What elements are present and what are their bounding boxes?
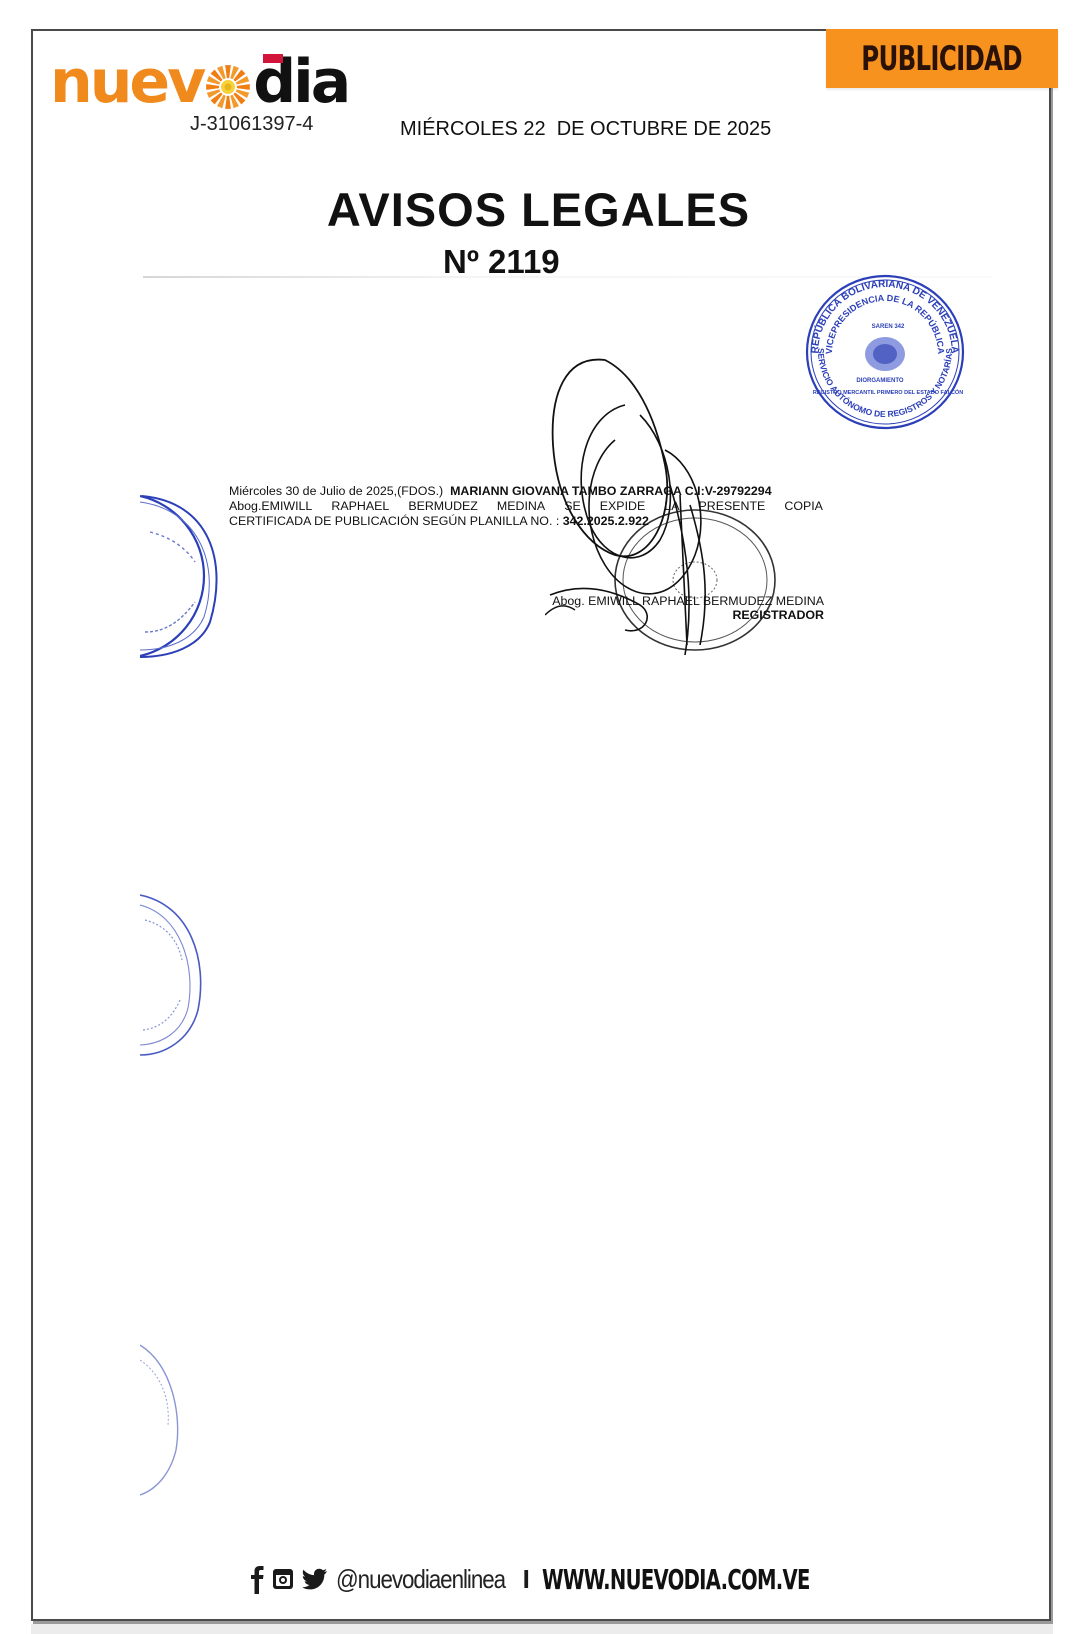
footer: @nuevodiaenlinea I WWW.NUEVODIA.COM.VE (250, 1561, 924, 1597)
doc-word: LA (664, 499, 679, 513)
doc-word: Abog.EMIWILL (229, 499, 312, 513)
document-line-1: Miércoles 30 de Julio de 2025,(FDOS.) MA… (229, 484, 823, 498)
svg-text:SAREN 342: SAREN 342 (872, 324, 905, 330)
partial-stamp-icon (140, 1340, 185, 1500)
planilla-number: 342.2025.2.922 (563, 514, 649, 528)
instagram-icon[interactable] (272, 1568, 294, 1590)
tax-id: J-31061397-4 (190, 113, 313, 136)
publication-date: MIÉRCOLES 22 DE OCTUBRE DE 2025 (400, 118, 771, 141)
certification-text: CERTIFICADA DE PUBLICACIÓN SEGÚN PLANILL… (229, 514, 559, 528)
document-line-3: CERTIFICADA DE PUBLICACIÓN SEGÚN PLANILL… (229, 514, 823, 528)
footer-separator: I (523, 1564, 530, 1595)
official-stamp-icon: REPÚBLICA BOLIVARIANA DE VENEZUELA VICEP… (800, 272, 970, 432)
partial-stamp-icon (140, 890, 210, 1060)
svg-text:REGISTRO MERCANTIL PRIMERO DEL: REGISTRO MERCANTIL PRIMERO DEL ESTADO FA… (813, 388, 963, 396)
sun-icon (205, 60, 251, 106)
section-badge-label: PUBLICIDAD (862, 39, 1023, 79)
social-handle[interactable]: @nuevodiaenlinea (336, 1564, 505, 1595)
page-title-text: AVISOS LEGALES (327, 182, 750, 237)
doc-word: BERMUDEZ (408, 499, 478, 513)
doc-word: COPIA (784, 499, 823, 513)
doc-word: PRESENTE (699, 499, 766, 513)
doc-word: MEDINA (497, 499, 545, 513)
facebook-icon[interactable] (250, 1564, 264, 1594)
logo-red-bar (263, 54, 283, 63)
svg-text:DIORGAMIENTO: DIORGAMIENTO (856, 378, 904, 384)
page-shadow (31, 1624, 1053, 1634)
page-title: AVISOS LEGALES (0, 182, 1081, 237)
doc-word: SE (564, 499, 581, 513)
twitter-icon[interactable] (302, 1568, 328, 1590)
signatory-role: REGISTRADOR (527, 608, 824, 622)
document-date-text: Miércoles 30 de Julio de 2025,(FDOS.) (229, 484, 443, 498)
signatory-name: Abog. EMIWILL RAPHAEL BERMUDEZ MEDINA (527, 594, 824, 608)
doc-word: RAPHAEL (331, 499, 389, 513)
website-link[interactable]: WWW.NUEVODIA.COM.VE (542, 1563, 810, 1596)
section-badge: PUBLICIDAD (826, 29, 1058, 88)
logo-text-dia: dia (253, 52, 348, 112)
logo-text-nuev: nuev (50, 52, 203, 112)
partial-stamp-icon (140, 492, 230, 662)
applicant-name: MARIANN GIOVANA TAMBO ZARRAGA C.I:V-2979… (450, 484, 772, 498)
newspaper-logo[interactable]: nuev dia (50, 46, 348, 112)
document-line-2: Abog.EMIWILL RAPHAEL BERMUDEZ MEDINA SE … (229, 499, 823, 513)
doc-word: EXPIDE (600, 499, 645, 513)
